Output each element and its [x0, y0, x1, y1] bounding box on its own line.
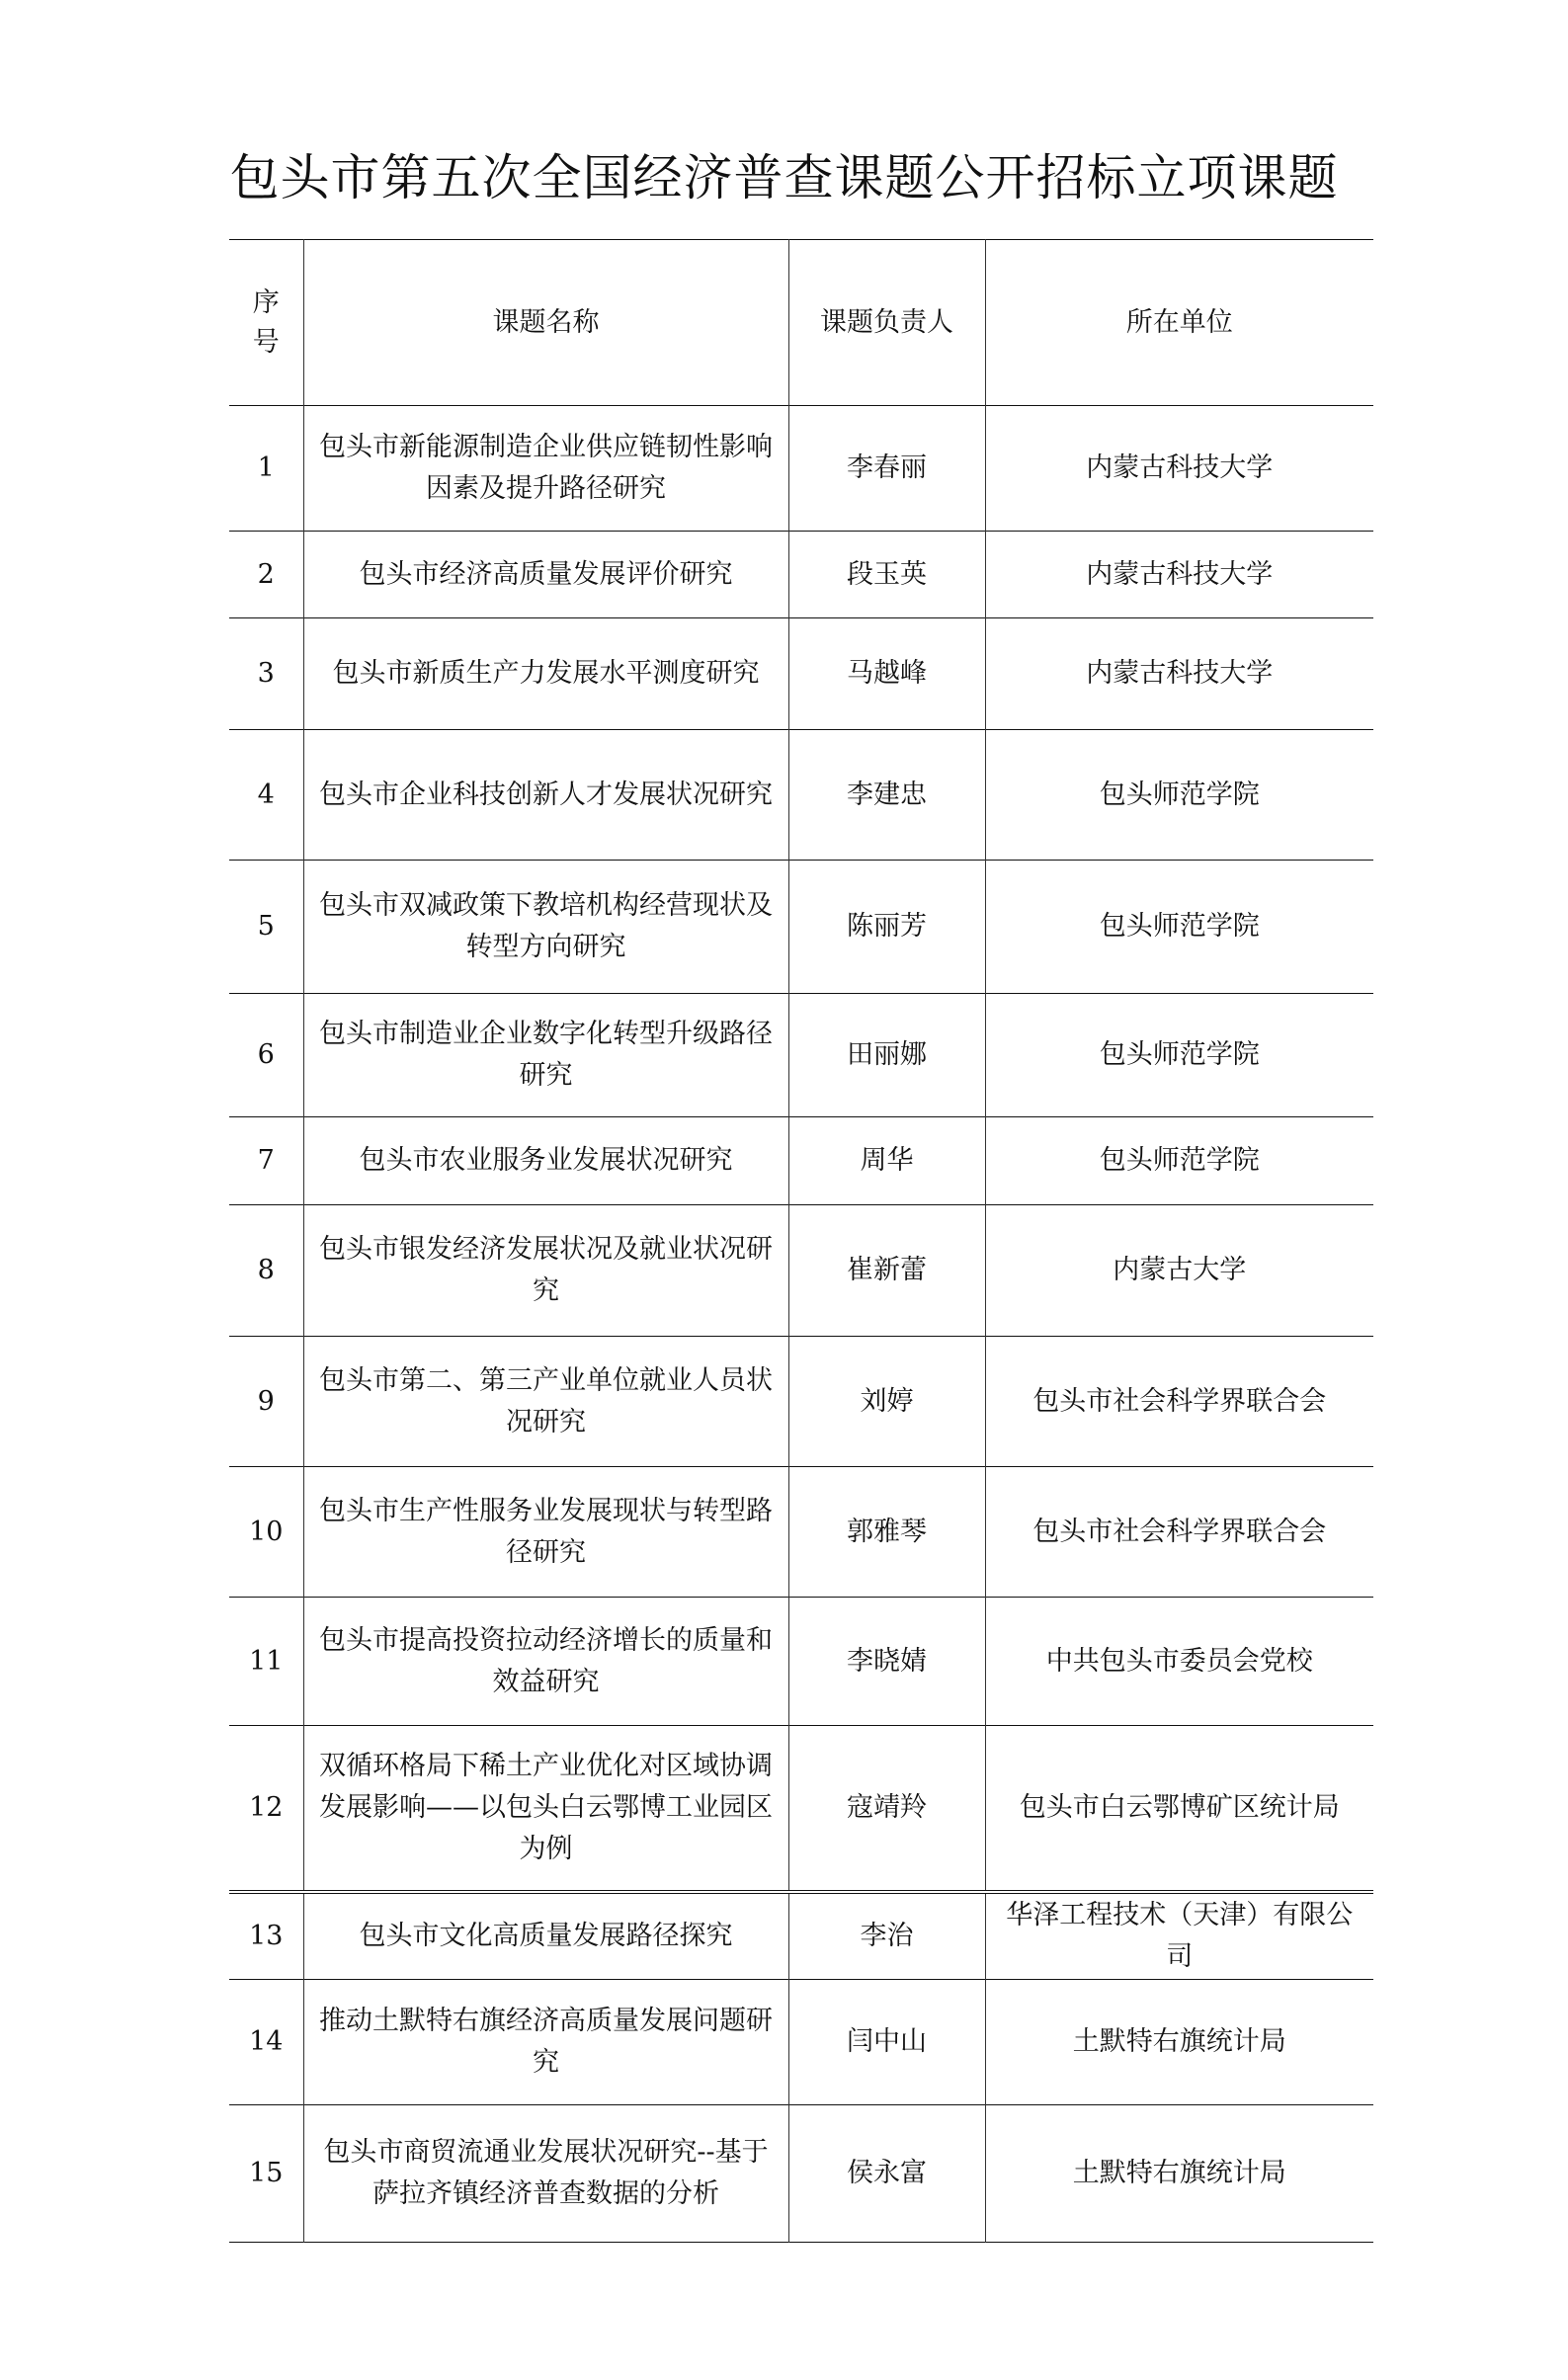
cell-seq: 10	[229, 1467, 303, 1598]
cell-leader: 李治	[788, 1892, 985, 1980]
cell-name: 包头市提高投资拉动经济增长的质量和效益研究	[303, 1598, 788, 1726]
cell-leader: 闫中山	[788, 1980, 985, 2105]
header-unit: 所在单位	[985, 240, 1373, 406]
cell-seq: 15	[229, 2105, 303, 2243]
table-row: 12双循环格局下稀土产业优化对区域协调发展影响——以包头白云鄂博工业园区为例寇靖…	[229, 1726, 1373, 1892]
cell-unit: 包头市社会科学界联合会	[985, 1467, 1373, 1598]
table-row: 14推动土默特右旗经济高质量发展问题研究闫中山土默特右旗统计局	[229, 1980, 1373, 2105]
cell-name: 包头市商贸流通业发展状况研究--基于萨拉齐镇经济普查数据的分析	[303, 2105, 788, 2243]
cell-name: 包头市银发经济发展状况及就业状况研究	[303, 1205, 788, 1337]
cell-name: 包头市制造业企业数字化转型升级路径研究	[303, 994, 788, 1117]
cell-seq: 6	[229, 994, 303, 1117]
cell-seq: 13	[229, 1892, 303, 1980]
table-row: 13包头市文化高质量发展路径探究李治华泽工程技术（天津）有限公司	[229, 1892, 1373, 1980]
cell-seq: 7	[229, 1117, 303, 1205]
cell-unit: 内蒙古科技大学	[985, 618, 1373, 730]
cell-unit: 包头师范学院	[985, 994, 1373, 1117]
cell-seq: 3	[229, 618, 303, 730]
cell-unit: 包头师范学院	[985, 1117, 1373, 1205]
table-row: 2包头市经济高质量发展评价研究段玉英内蒙古科技大学	[229, 532, 1373, 618]
cell-name: 包头市经济高质量发展评价研究	[303, 532, 788, 618]
cell-leader: 李晓婧	[788, 1598, 985, 1726]
cell-name: 双循环格局下稀土产业优化对区域协调发展影响——以包头白云鄂博工业园区为例	[303, 1726, 788, 1892]
cell-seq: 5	[229, 861, 303, 994]
cell-name: 推动土默特右旗经济高质量发展问题研究	[303, 1980, 788, 2105]
table-row: 8包头市银发经济发展状况及就业状况研究崔新蕾内蒙古大学	[229, 1205, 1373, 1337]
table-row: 6包头市制造业企业数字化转型升级路径研究田丽娜包头师范学院	[229, 994, 1373, 1117]
cell-seq: 12	[229, 1726, 303, 1892]
header-seq: 序号	[229, 240, 303, 406]
table-row: 9包头市第二、第三产业单位就业人员状况研究刘婷包头市社会科学界联合会	[229, 1337, 1373, 1467]
table-row: 11包头市提高投资拉动经济增长的质量和效益研究李晓婧中共包头市委员会党校	[229, 1598, 1373, 1726]
cell-unit: 包头市白云鄂博矿区统计局	[985, 1726, 1373, 1892]
cell-leader: 寇靖羚	[788, 1726, 985, 1892]
cell-unit: 华泽工程技术（天津）有限公司	[985, 1892, 1373, 1980]
cell-name: 包头市双减政策下教培机构经营现状及转型方向研究	[303, 861, 788, 994]
page-title: 包头市第五次全国经济普查课题公开招标立项课题	[0, 138, 1568, 209]
header-name: 课题名称	[303, 240, 788, 406]
cell-name: 包头市农业服务业发展状况研究	[303, 1117, 788, 1205]
cell-leader: 段玉英	[788, 532, 985, 618]
table-row: 3包头市新质生产力发展水平测度研究马越峰内蒙古科技大学	[229, 618, 1373, 730]
table-header-row: 序号 课题名称 课题负责人 所在单位	[229, 240, 1373, 406]
cell-name: 包头市文化高质量发展路径探究	[303, 1892, 788, 1980]
table-row: 10包头市生产性服务业发展现状与转型路径研究郭雅琴包头市社会科学界联合会	[229, 1467, 1373, 1598]
cell-leader: 周华	[788, 1117, 985, 1205]
header-leader: 课题负责人	[788, 240, 985, 406]
cell-unit: 包头师范学院	[985, 861, 1373, 994]
cell-leader: 郭雅琴	[788, 1467, 985, 1598]
cell-leader: 田丽娜	[788, 994, 985, 1117]
table-row: 1包头市新能源制造企业供应链韧性影响因素及提升路径研究李春丽内蒙古科技大学	[229, 406, 1373, 532]
project-table: 序号 课题名称 课题负责人 所在单位 1包头市新能源制造企业供应链韧性影响因素及…	[229, 239, 1373, 2243]
cell-unit: 包头市社会科学界联合会	[985, 1337, 1373, 1467]
table-row: 15包头市商贸流通业发展状况研究--基于萨拉齐镇经济普查数据的分析侯永富土默特右…	[229, 2105, 1373, 2243]
cell-name: 包头市新质生产力发展水平测度研究	[303, 618, 788, 730]
cell-unit: 内蒙古科技大学	[985, 532, 1373, 618]
cell-leader: 刘婷	[788, 1337, 985, 1467]
cell-seq: 9	[229, 1337, 303, 1467]
table-row: 7包头市农业服务业发展状况研究周华包头师范学院	[229, 1117, 1373, 1205]
cell-leader: 李春丽	[788, 406, 985, 532]
table-row: 5包头市双减政策下教培机构经营现状及转型方向研究陈丽芳包头师范学院	[229, 861, 1373, 994]
cell-leader: 侯永富	[788, 2105, 985, 2243]
cell-seq: 11	[229, 1598, 303, 1726]
cell-name: 包头市企业科技创新人才发展状况研究	[303, 730, 788, 861]
cell-name: 包头市新能源制造企业供应链韧性影响因素及提升路径研究	[303, 406, 788, 532]
cell-unit: 中共包头市委员会党校	[985, 1598, 1373, 1726]
cell-unit: 土默特右旗统计局	[985, 2105, 1373, 2243]
cell-leader: 马越峰	[788, 618, 985, 730]
cell-name: 包头市第二、第三产业单位就业人员状况研究	[303, 1337, 788, 1467]
cell-leader: 李建忠	[788, 730, 985, 861]
cell-leader: 崔新蕾	[788, 1205, 985, 1337]
cell-seq: 4	[229, 730, 303, 861]
cell-seq: 2	[229, 532, 303, 618]
cell-unit: 土默特右旗统计局	[985, 1980, 1373, 2105]
cell-unit: 内蒙古大学	[985, 1205, 1373, 1337]
cell-unit: 包头师范学院	[985, 730, 1373, 861]
cell-seq: 1	[229, 406, 303, 532]
cell-seq: 8	[229, 1205, 303, 1337]
cell-name: 包头市生产性服务业发展现状与转型路径研究	[303, 1467, 788, 1598]
table-row: 4包头市企业科技创新人才发展状况研究李建忠包头师范学院	[229, 730, 1373, 861]
cell-unit: 内蒙古科技大学	[985, 406, 1373, 532]
cell-seq: 14	[229, 1980, 303, 2105]
cell-leader: 陈丽芳	[788, 861, 985, 994]
